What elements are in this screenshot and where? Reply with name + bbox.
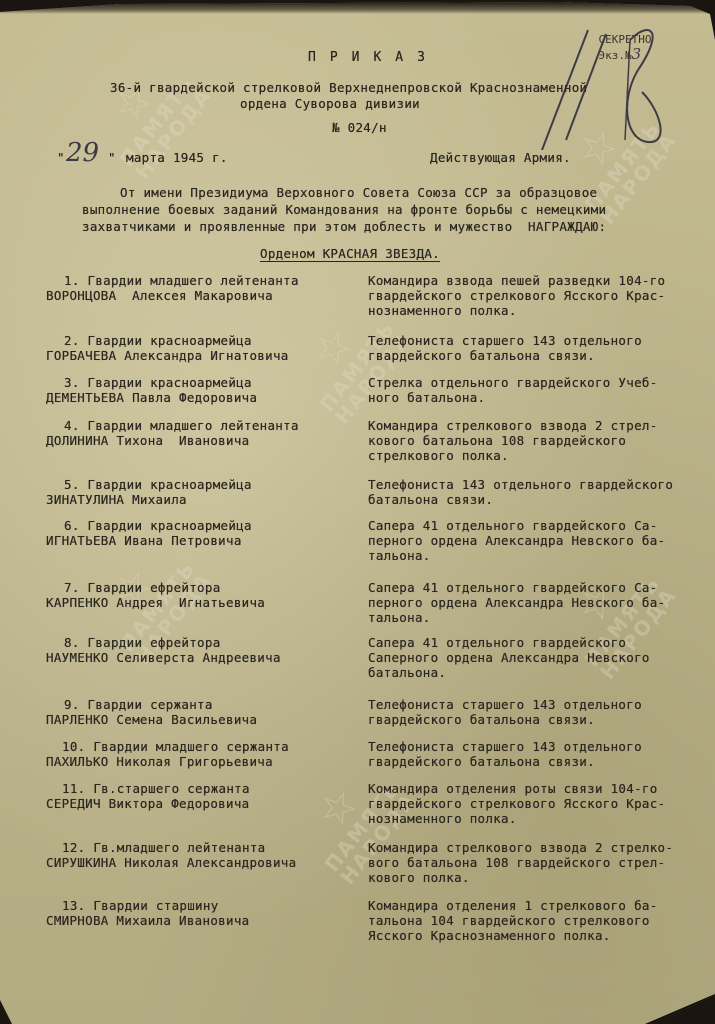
rank-line: 10. Гвардии младшего сержанта <box>62 739 362 754</box>
date-day-handwritten: 29 <box>66 138 99 168</box>
division-name-line1: 36-й гвардейской стрелковой Верхнеднепро… <box>110 80 587 95</box>
position-line: гвардейского батальона связи. <box>368 348 713 363</box>
awardee-name: ГОРБАЧЕВА Александра Игнатовича <box>46 348 362 363</box>
star-icon: ☆ <box>84 47 183 158</box>
entry-number: 2. <box>64 333 80 348</box>
position-line: Ясского Краснознаменного полка. <box>368 928 713 943</box>
position-line: кового полка. <box>368 870 713 885</box>
entry-number: 6. <box>64 518 80 533</box>
awardee-position: Командира отделения 1 стрелкового ба-тал… <box>368 898 713 943</box>
awardee-rank: Гвардии красноармейца <box>87 477 251 492</box>
order-number: № 024/н <box>332 120 387 135</box>
award-heading: Орденом КРАСНАЯ ЗВЕЗДА. <box>260 246 440 261</box>
preamble-line-2: выполнение боевых заданий Командования н… <box>82 202 606 217</box>
rank-line: 2. Гвардии красноармейца <box>62 333 362 348</box>
position-line: Саперного ордена Александра Невского <box>368 650 713 665</box>
awardee-rank: Гвардии ефрейтора <box>87 580 220 595</box>
position-line: тальона 104 гвардейского стрелкового <box>368 913 713 928</box>
entry-number: 5. <box>64 477 80 492</box>
position-line: ного батальона. <box>368 390 713 405</box>
awardee-name: СМИРНОВА Михаила Ивановича <box>46 913 362 928</box>
awardee-entry: 5. Гвардии красноармейцаЗИНАТУЛИНА Михаи… <box>62 477 362 507</box>
position-line: Командира стрелкового взвода 2 стрелко- <box>368 840 713 855</box>
entry-number: 4. <box>64 418 80 433</box>
entry-number: 12. <box>62 840 85 855</box>
awardee-rank: Гв.младшего лейтенанта <box>93 840 265 855</box>
entry-number: 7. <box>64 580 80 595</box>
position-line: гвардейского батальона связи. <box>368 754 713 769</box>
position-line: Командира отделения 1 стрелкового ба- <box>368 898 713 913</box>
awardee-name: ВОРОНЦОВА Алексея Макаровича <box>46 288 362 303</box>
awardee-name: ДОЛИНИНА Тихона Ивановича <box>46 433 362 448</box>
awardee-name: ДЕМЕНТЬЕВА Павла Федоровича <box>46 390 362 405</box>
position-line: кового батальона 108 гвардейского <box>368 433 713 448</box>
awardee-rank: Гвардии ефрейтора <box>87 635 220 650</box>
position-line: нознаменного полка. <box>368 303 713 318</box>
awardee-rank: Гвардии красноармейца <box>87 518 251 533</box>
awardee-rank: Гвардии сержанта <box>87 697 212 712</box>
rank-line: 4. Гвардии младшего лейтенанта <box>62 418 362 433</box>
rank-line: 3. Гвардии красноармейца <box>62 375 362 390</box>
preamble-line-1: От имени Президиума Верховного Совета Со… <box>120 185 597 200</box>
rank-line: 1. Гвардии младшего лейтенанта <box>62 273 362 288</box>
position-line: Командира взвода пешей разведки 104-го <box>368 273 713 288</box>
position-line: вого батальона 108 гвардейского стрел- <box>368 855 713 870</box>
awardee-name: ИГНАТЬЕВА Ивана Петровича <box>46 533 362 548</box>
document-title: ПРИКАЗ <box>308 50 439 65</box>
awardee-entry: 3. Гвардии красноармейцаДЕМЕНТЬЕВА Павла… <box>62 375 362 405</box>
awardee-position: Сапера 41 отдельного гвардейского Са-пер… <box>368 518 713 563</box>
awardee-entry: 6. Гвардии красноармейцаИГНАТЬЕВА Ивана … <box>62 518 362 548</box>
awardee-name: ПАХИЛЬКО Николая Григорьевича <box>46 754 362 769</box>
awardee-name: ПАРЛЕНКО Семена Васильевича <box>46 712 362 727</box>
position-line: Телефониста старшего 143 отдельного <box>368 697 713 712</box>
date-quote-open: " <box>57 150 65 165</box>
position-line: стрелкового полка. <box>368 448 713 463</box>
awardee-name: КАРПЕНКО Андрея Игнатьевича <box>46 595 362 610</box>
entry-number: 9. <box>64 697 80 712</box>
rank-line: 13. Гвардии старшину <box>62 898 362 913</box>
rank-line: 9. Гвардии сержанта <box>62 697 362 712</box>
awardee-position: Стрелка отдельного гвардейского Учеб-ног… <box>368 375 713 405</box>
position-line: Телефониста 143 отдельного гвардейского <box>368 477 713 492</box>
awardee-position: Сапера 41 отдельного гвардейскогоСаперно… <box>368 635 713 680</box>
entry-number: 10. <box>62 739 85 754</box>
position-line: Сапера 41 отдельного гвардейского Са- <box>368 580 713 595</box>
date-quote-close: " <box>108 150 116 165</box>
awardee-rank: Гвардии младшего лейтенанта <box>87 273 298 288</box>
position-line: батальона. <box>368 665 713 680</box>
position-line: гвардейского батальона связи. <box>368 712 713 727</box>
position-line: тальона. <box>368 548 713 563</box>
awardee-position: Командира взвода пешей разведки 104-гогв… <box>368 273 713 318</box>
awardee-entry: 11. Гв.старшего сержантаСЕРЕДИЧ Виктора … <box>62 781 362 811</box>
awardee-name: НАУМЕНКО Селиверста Андреевича <box>46 650 362 665</box>
position-line: Телефониста старшего 143 отдельного <box>368 739 713 754</box>
position-line: гвардейского стрелкового Ясского Крас- <box>368 288 713 303</box>
rank-line: 12. Гв.младшего лейтенанта <box>62 840 362 855</box>
awardee-name: СИРУШКИНА Николая Александровича <box>46 855 362 870</box>
awardee-entry: 12. Гв.младшего лейтенантаСИРУШКИНА Нико… <box>62 840 362 870</box>
position-line: перного ордена Александра Невского ба- <box>368 533 713 548</box>
position-line: перного ордена Александра Невского ба- <box>368 595 713 610</box>
awardee-rank: Гвардии старшину <box>93 898 218 913</box>
awardee-rank: Гвардии красноармейца <box>87 333 251 348</box>
awardee-rank: Гвардии красноармейца <box>87 375 251 390</box>
awardee-entry: 2. Гвардии красноармейцаГОРБАЧЕВА Алекса… <box>62 333 362 363</box>
position-line: тальона. <box>368 610 713 625</box>
awardee-entry: 1. Гвардии младшего лейтенантаВОРОНЦОВА … <box>62 273 362 303</box>
position-line: Телефониста старшего 143 отдельного <box>368 333 713 348</box>
awardee-entry: 7. Гвардии ефрейтораКАРПЕНКО Андрея Игна… <box>62 580 362 610</box>
awardee-name: СЕРЕДИЧ Виктора Федоровича <box>46 796 362 811</box>
awardee-position: Сапера 41 отдельного гвардейского Са-пер… <box>368 580 713 625</box>
awardee-position: Телефониста старшего 143 отдельногогвард… <box>368 333 713 363</box>
awardee-entry: 4. Гвардии младшего лейтенантаДОЛИНИНА Т… <box>62 418 362 448</box>
rank-line: 11. Гв.старшего сержанта <box>62 781 362 796</box>
awardee-name: ЗИНАТУЛИНА Михаила <box>46 492 362 507</box>
awardee-entry: 13. Гвардии старшинуСМИРНОВА Михаила Ива… <box>62 898 362 928</box>
entry-number: 8. <box>64 635 80 650</box>
location: Действующая Армия. <box>430 150 571 165</box>
awardee-position: Телефониста старшего 143 отдельногогвард… <box>368 739 713 769</box>
awardee-position: Командира отделения роты связи 104-гогва… <box>368 781 713 826</box>
position-line: Стрелка отдельного гвардейского Учеб- <box>368 375 713 390</box>
preamble-line-3: захватчиками и проявленные при этом добл… <box>82 219 606 234</box>
entry-number: 13. <box>62 898 85 913</box>
order-date: марта 1945 г. <box>126 150 228 165</box>
position-line: Командира стрелкового взвода 2 стрел- <box>368 418 713 433</box>
awardee-position: Командира стрелкового взвода 2 стрел-ков… <box>368 418 713 463</box>
position-line: Командира отделения роты связи 104-го <box>368 781 713 796</box>
awardee-entry: 9. Гвардии сержантаПАРЛЕНКО Семена Васил… <box>62 697 362 727</box>
awardee-entry: 8. Гвардии ефрейтораНАУМЕНКО Селиверста … <box>62 635 362 665</box>
awardee-position: Телефониста 143 отдельного гвардейскогоб… <box>368 477 713 507</box>
division-name-line2: ордена Суворова дивизии <box>240 96 420 111</box>
position-line: Сапера 41 отдельного гвардейского Са- <box>368 518 713 533</box>
page-corner <box>645 994 715 1024</box>
entry-number: 1. <box>64 273 80 288</box>
entry-number: 3. <box>64 375 80 390</box>
position-line: батальона связи. <box>368 492 713 507</box>
awardee-position: Телефониста старшего 143 отдельногогвард… <box>368 697 713 727</box>
awardee-rank: Гвардии младшего лейтенанта <box>87 418 298 433</box>
document-page: ☆ ПАМЯТЬ НАРОДА ☆ ПАМЯТЬ НАРОДА ☆ ПАМЯТЬ… <box>0 0 715 1024</box>
rank-line: 6. Гвардии красноармейца <box>62 518 362 533</box>
awardee-entry: 10. Гвардии младшего сержантаПАХИЛЬКО Ни… <box>62 739 362 769</box>
awardee-position: Командира стрелкового взвода 2 стрелко-в… <box>368 840 713 885</box>
entry-number: 11. <box>62 781 85 796</box>
rank-line: 8. Гвардии ефрейтора <box>62 635 362 650</box>
awardee-rank: Гвардии младшего сержанта <box>93 739 289 754</box>
rank-line: 5. Гвардии красноармейца <box>62 477 362 492</box>
position-line: нознаменного полка. <box>368 811 713 826</box>
position-line: гвардейского стрелкового Ясского Крас- <box>368 796 713 811</box>
position-line: Сапера 41 отдельного гвардейского <box>368 635 713 650</box>
awardee-rank: Гв.старшего сержанта <box>93 781 250 796</box>
rank-line: 7. Гвардии ефрейтора <box>62 580 362 595</box>
